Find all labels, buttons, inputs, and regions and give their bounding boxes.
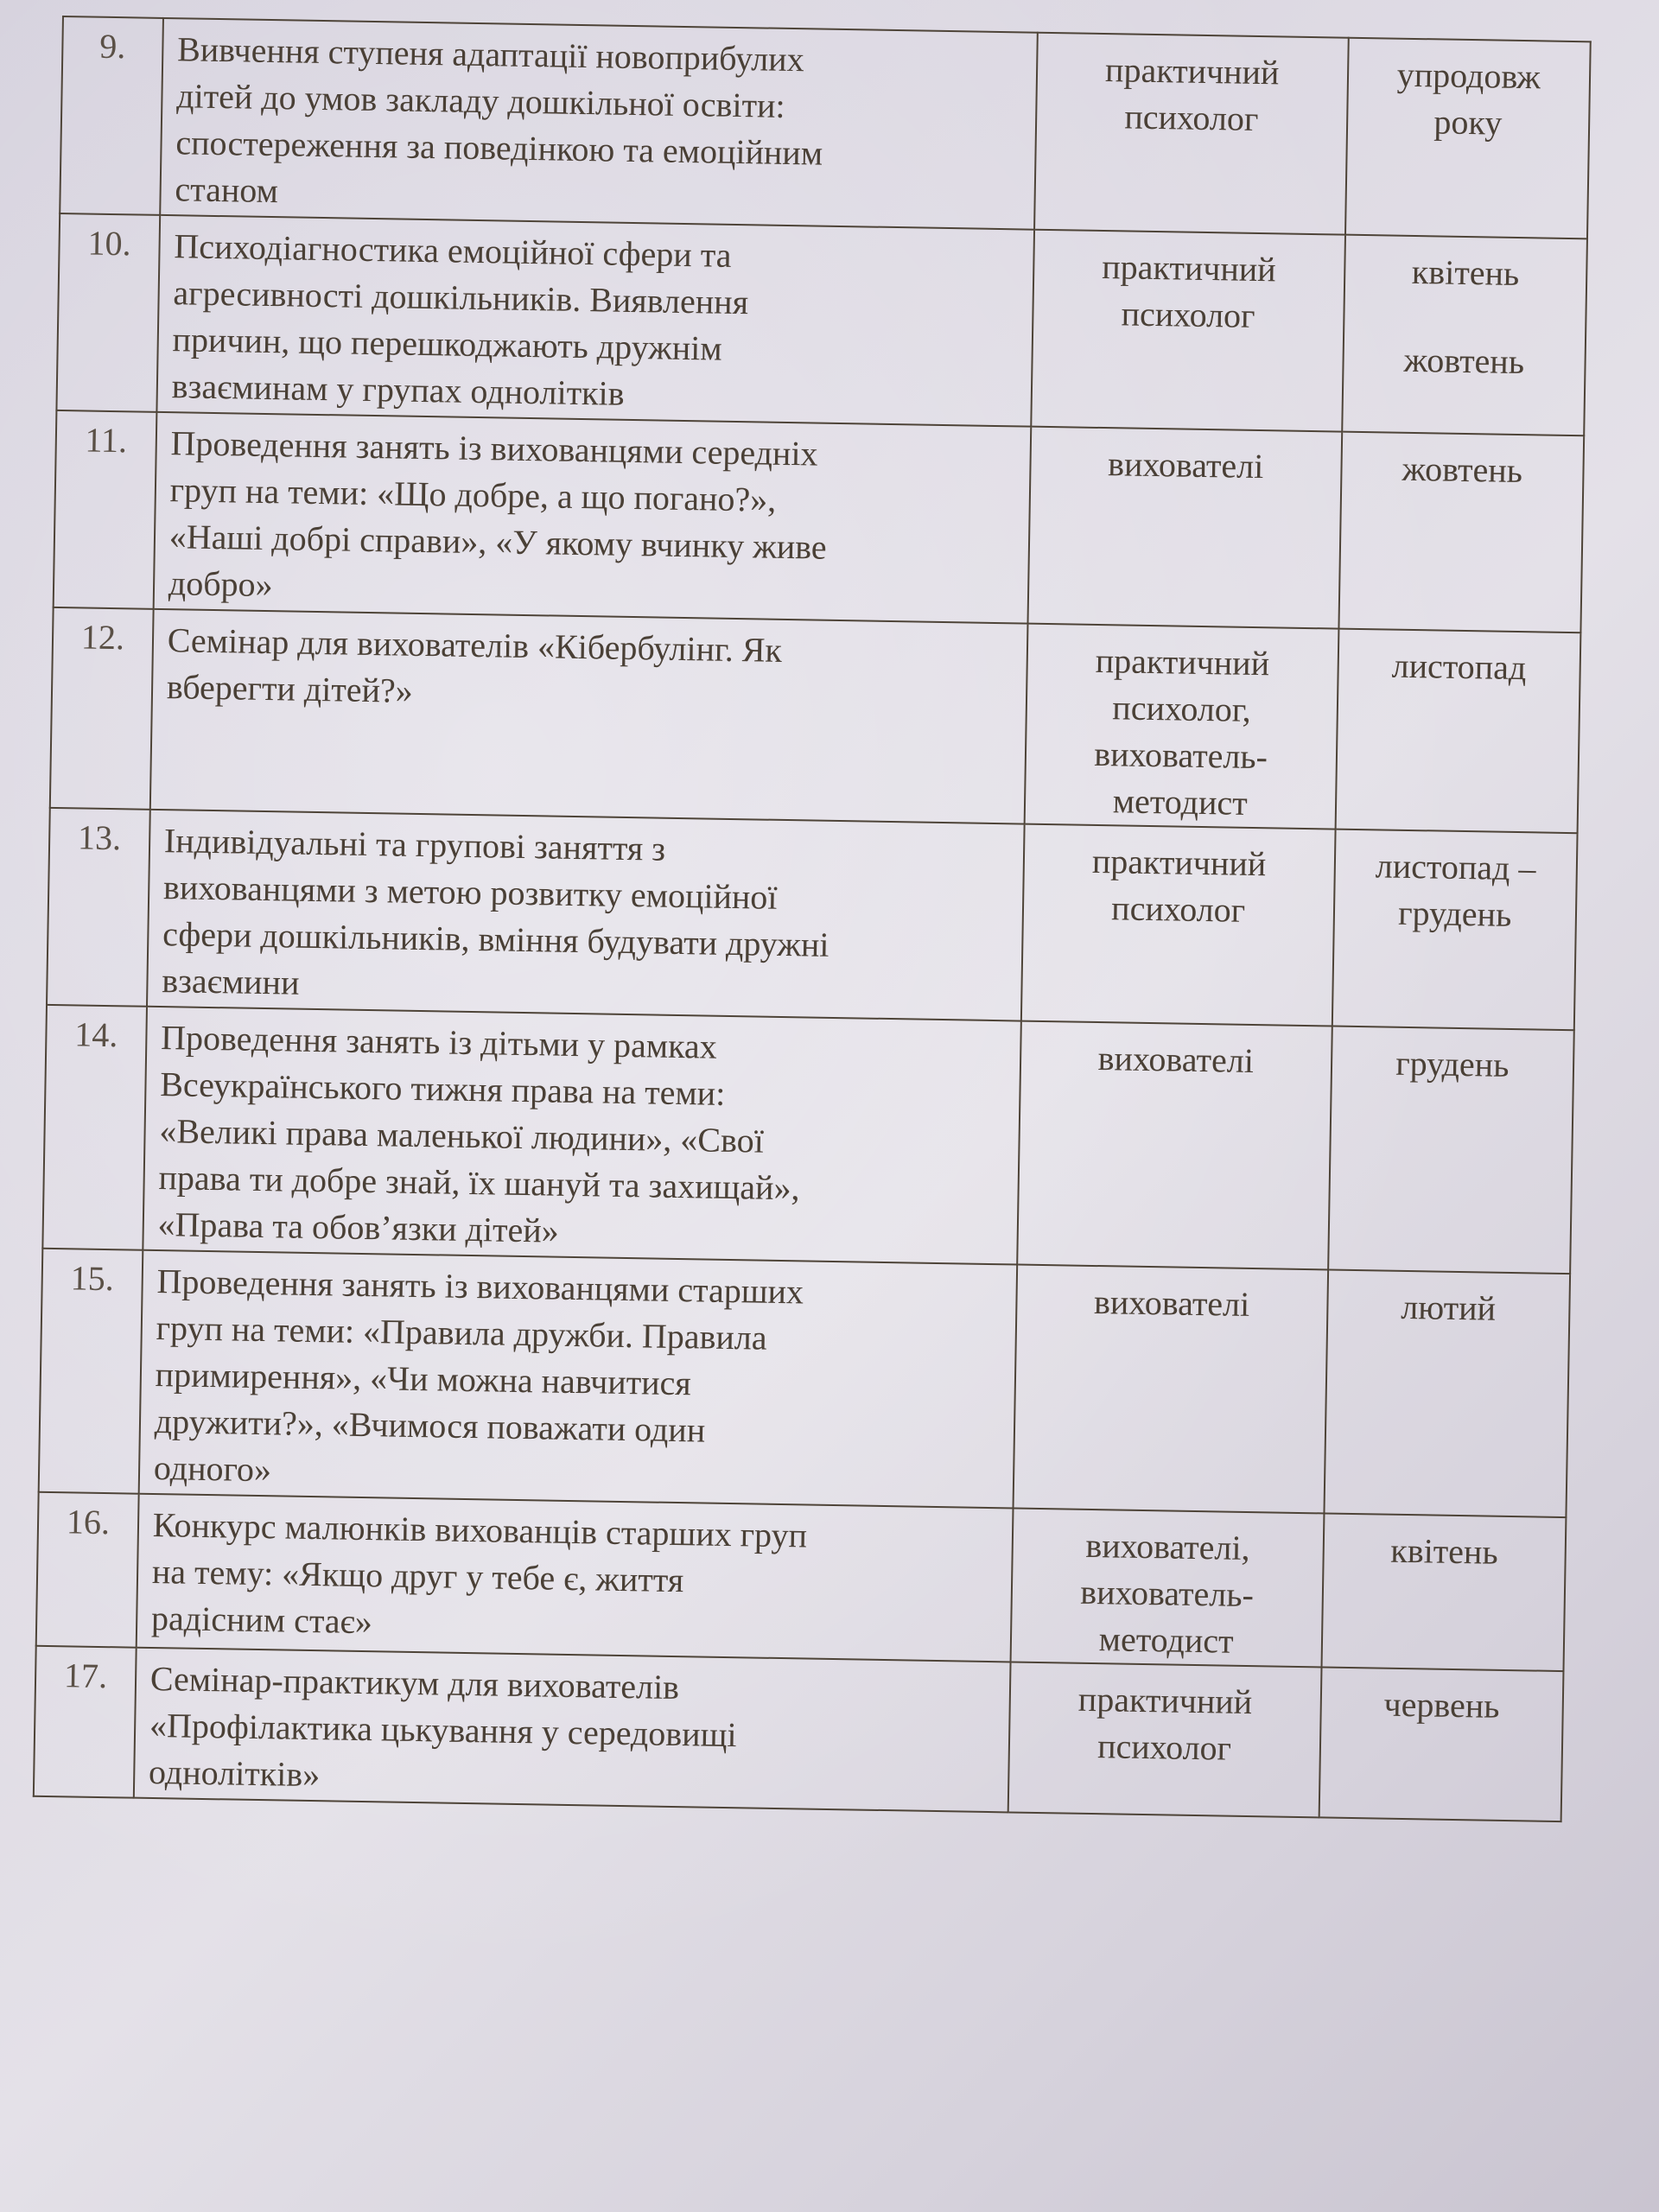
activity-cell: Семінар-практикум для вихователів«Профіл… bbox=[134, 1648, 1011, 1813]
table-row: 14.Проведення занять із дітьми у рамкахВ… bbox=[42, 1005, 1573, 1274]
term-cell-line: жовтень bbox=[1349, 445, 1576, 495]
responsible-cell-line: практичний bbox=[1017, 1675, 1313, 1727]
responsible-cell: вихователі bbox=[1027, 427, 1341, 629]
row-number: 16. bbox=[36, 1492, 139, 1648]
row-number: 11. bbox=[54, 410, 157, 609]
term-cell-line bbox=[1351, 295, 1579, 340]
work-plan-table: 9.Вивчення ступеня адаптації новоприбули… bbox=[33, 16, 1592, 1822]
activity-cell: Проведення занять із вихованцями середні… bbox=[153, 412, 1031, 624]
activity-cell: Семінар для вихователів «Кібербулінг. Як… bbox=[150, 609, 1028, 824]
term-cell: квітеньжовтень bbox=[1342, 235, 1587, 436]
term-cell-line: року bbox=[1354, 98, 1581, 148]
term-cell: листопад –грудень bbox=[1332, 829, 1577, 1031]
row-number: 9. bbox=[60, 16, 163, 215]
table-row: 17.Семінар-практикум для вихователів«Про… bbox=[34, 1646, 1564, 1821]
responsible-cell: практичнийпсихолог bbox=[1021, 824, 1335, 1027]
responsible-cell: практичнийпсихолог bbox=[1008, 1662, 1322, 1817]
responsible-cell-line: психолог bbox=[1044, 92, 1340, 144]
term-cell: листопад bbox=[1335, 629, 1580, 834]
responsible-cell-line: методист bbox=[1018, 1615, 1314, 1667]
responsible-cell-line: вихователі bbox=[1028, 1034, 1325, 1086]
table-row: 15.Проведення занять із вихованцями стар… bbox=[39, 1249, 1570, 1517]
term-cell: квітень bbox=[1321, 1513, 1566, 1671]
term-cell: жовтень bbox=[1338, 432, 1584, 633]
responsible-cell: вихователі bbox=[1013, 1265, 1327, 1514]
row-number: 15. bbox=[39, 1249, 143, 1494]
responsible-cell-line: психолог, bbox=[1033, 683, 1330, 735]
activity-cell: Вивчення ступеня адаптації новоприбулихд… bbox=[160, 18, 1038, 230]
responsible-cell-line: методист bbox=[1033, 777, 1329, 829]
table-row: 9.Вивчення ступеня адаптації новоприбули… bbox=[60, 16, 1591, 238]
term-cell: упродовжроку bbox=[1345, 38, 1591, 239]
table-row: 13.Індивідуальні та групові заняття звих… bbox=[47, 808, 1578, 1030]
responsible-cell-line: вихователі, bbox=[1020, 1522, 1316, 1573]
term-cell-line: грудень bbox=[1338, 1039, 1566, 1090]
responsible-cell-line: практичний bbox=[1041, 243, 1338, 295]
row-number: 10. bbox=[56, 213, 160, 412]
term-cell-line: лютий bbox=[1335, 1283, 1562, 1333]
term-cell-line: грудень bbox=[1341, 889, 1568, 939]
row-number: 14. bbox=[42, 1005, 146, 1250]
term-cell-line: упродовж bbox=[1355, 51, 1582, 101]
term-cell-line: жовтень bbox=[1351, 336, 1578, 386]
table-row: 16.Конкурс малюнків вихованців старших г… bbox=[36, 1492, 1567, 1671]
responsible-cell: практичнийпсихолог,вихователь-методист bbox=[1024, 624, 1338, 829]
responsible-cell: вихователі bbox=[1017, 1021, 1332, 1270]
activity-cell: Проведення занять із дітьми у рамкахВсеу… bbox=[143, 1007, 1021, 1265]
activity-cell: Психодіагностика емоційної сфери таагрес… bbox=[156, 215, 1034, 427]
term-cell-line: червень bbox=[1328, 1681, 1555, 1731]
responsible-cell: практичнийпсихолог bbox=[1034, 33, 1348, 235]
responsible-cell-line: вихователь- bbox=[1033, 730, 1329, 782]
responsible-cell: вихователі,вихователь-методист bbox=[1010, 1508, 1324, 1667]
row-number: 12. bbox=[50, 607, 154, 810]
term-cell: лютий bbox=[1324, 1269, 1570, 1517]
term-cell-line: квітень bbox=[1331, 1527, 1558, 1577]
responsible-cell-line: вихователі bbox=[1024, 1278, 1320, 1330]
term-cell-line: листопад bbox=[1345, 642, 1573, 692]
responsible-cell-line: вихователі bbox=[1038, 440, 1334, 492]
row-number: 17. bbox=[34, 1646, 137, 1798]
responsible-cell-line: вихователь- bbox=[1019, 1568, 1315, 1620]
responsible-cell-line: практичний bbox=[1045, 46, 1341, 98]
responsible-cell-line: практичний bbox=[1034, 637, 1331, 689]
responsible-cell-line: психолог bbox=[1040, 289, 1337, 341]
responsible-cell-line: психолог bbox=[1016, 1722, 1313, 1774]
responsible-cell: практичнийпсихолог bbox=[1031, 230, 1344, 432]
document-page: 9.Вивчення ступеня адаптації новоприбули… bbox=[33, 16, 1618, 1823]
term-cell: грудень bbox=[1328, 1027, 1574, 1274]
row-number: 13. bbox=[47, 808, 150, 1007]
activity-cell: Індивідуальні та групові заняття звихова… bbox=[147, 810, 1025, 1021]
table-row: 10.Психодіагностика емоційної сфери тааг… bbox=[56, 213, 1587, 435]
table-row: 11.Проведення занять із вихованцями сере… bbox=[54, 410, 1585, 632]
activity-cell: Конкурс малюнків вихованців старших груп… bbox=[137, 1494, 1014, 1662]
term-cell: червень bbox=[1319, 1667, 1563, 1821]
responsible-cell-line: практичний bbox=[1031, 837, 1327, 889]
activity-cell: Проведення занять із вихованцями старших… bbox=[138, 1250, 1017, 1509]
term-cell-line: листопад – bbox=[1342, 842, 1569, 893]
responsible-cell-line: психолог bbox=[1030, 884, 1326, 936]
table-row: 12.Семінар для вихователів «Кібербулінг.… bbox=[50, 607, 1581, 833]
term-cell-line: квітень bbox=[1351, 248, 1579, 298]
table-body: 9.Вивчення ступеня адаптації новоприбули… bbox=[34, 16, 1591, 1821]
